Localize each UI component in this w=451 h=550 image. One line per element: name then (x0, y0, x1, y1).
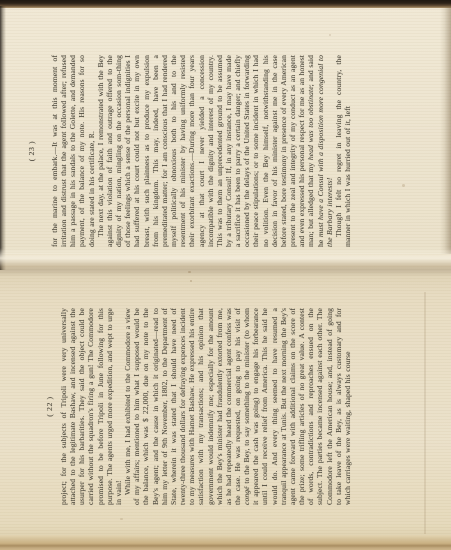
page-number: ( 22 ) (45, 308, 54, 505)
gutter-crease (0, 248, 451, 294)
paragraph: The next day, at the palace, I remonstra… (96, 55, 334, 247)
paper-speck (190, 280, 192, 282)
book-page-22: ( 22 ) project; for the subjects of Trip… (2, 284, 449, 538)
paragraph: Though I felt no regret in leaving the c… (334, 55, 352, 247)
page-number: ( 23 ) (27, 55, 36, 247)
paragraph: for the marine to embark.—It was at this… (50, 55, 96, 247)
paper-speck (188, 271, 191, 273)
paragraph: project; for the subjects of Tripoli wer… (59, 308, 123, 505)
page-fold-line (424, 292, 426, 534)
page-stack-edge-bottom (0, 535, 451, 550)
paper-speck (402, 184, 405, 187)
paragraph: While with me, I had exhibited to the Co… (123, 308, 352, 505)
page-stack-edge-left (0, 6, 6, 270)
paper-speck (120, 518, 123, 520)
paper-speck (329, 34, 331, 36)
open-book-scan: ( 23 ) for the marine to embark.—It was … (0, 0, 451, 550)
book-page-23: ( 23 ) for the marine to embark.—It was … (2, 8, 449, 276)
book-cover-edge-top (0, 0, 451, 8)
page-edge-shadow-right (440, 6, 451, 254)
